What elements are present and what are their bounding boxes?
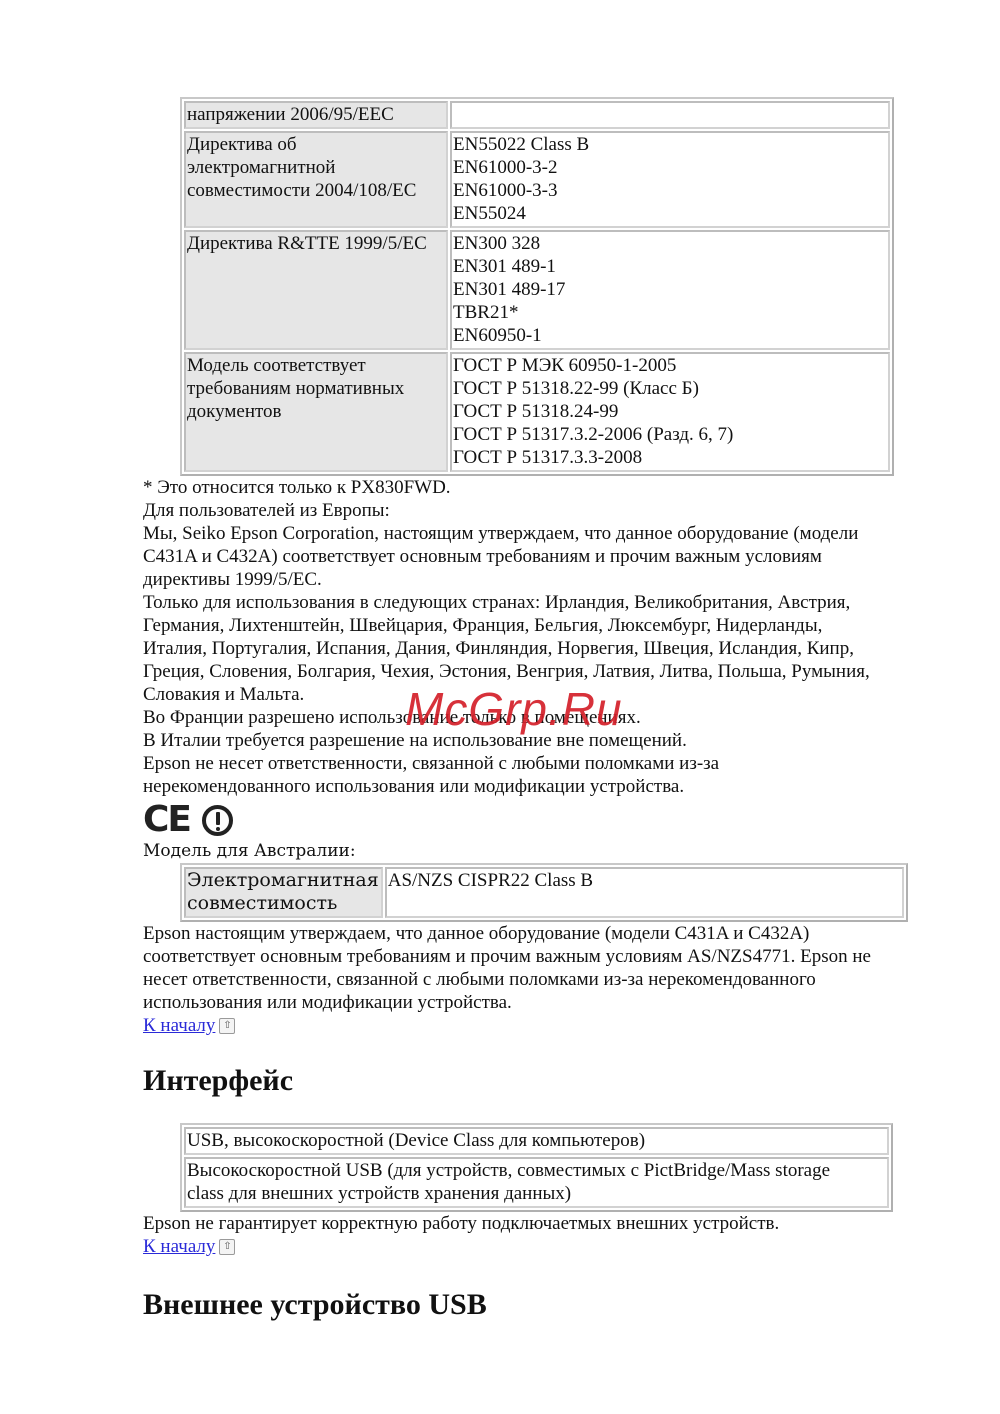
back-to-top-row: К началу⇧ — [143, 1014, 933, 1037]
directive-standards: EN300 328 EN301 489-1 EN301 489-17 TBR21… — [450, 230, 890, 350]
directives-table: напряжении 2006/95/EEC Директива об элек… — [180, 97, 894, 476]
liability-line: нерекомендованного использования или мод… — [143, 775, 933, 798]
footnote: * Это относится только к PX830FWD. — [143, 476, 933, 499]
arrow-up-icon[interactable]: ⇧ — [219, 1239, 235, 1255]
countries-line: Германия, Лихтенштейн, Швейцария, Франци… — [143, 614, 933, 637]
interface-title: Интерфейс — [143, 1064, 933, 1098]
table-row: напряжении 2006/95/EEC — [184, 101, 890, 129]
usb-external-title: Внешнее устройство USB — [143, 1288, 933, 1322]
liability-line: Epson не несет ответственности, связанно… — [143, 752, 933, 775]
australia-declaration-line: использования или модификации устройства… — [143, 991, 933, 1014]
australia-section: Модель для Австралии: Электромагнитная с… — [143, 840, 933, 1037]
table-row: Директива R&TTE 1999/5/EC EN300 328 EN30… — [184, 230, 890, 350]
france-note: Во Франции разрешено использование тольк… — [143, 706, 933, 729]
arrow-up-icon[interactable]: ⇧ — [219, 1018, 235, 1034]
interface-table: USB, высокоскоростной (Device Class для … — [180, 1123, 893, 1212]
directive-label: напряжении 2006/95/EEC — [184, 101, 448, 129]
usb-external-section: Внешнее устройство USB — [143, 1288, 933, 1322]
back-to-top-row: К началу⇧ — [143, 1235, 933, 1258]
countries-line: Словакия и Мальта. — [143, 683, 933, 706]
ce-mark-icon: CE — [143, 802, 190, 838]
countries-line: Только для использования в следующих стр… — [143, 591, 933, 614]
countries-line: Италия, Португалия, Испания, Дания, Финл… — [143, 637, 933, 660]
countries-line: Греция, Словения, Болгария, Чехия, Эстон… — [143, 660, 933, 683]
document-page: напряжении 2006/95/EEC Директива об элек… — [143, 97, 933, 1322]
alert-class2-icon — [202, 805, 233, 836]
table-row: Электромагнитная совместимость AS/NZS CI… — [184, 867, 904, 918]
directive-standards — [450, 101, 890, 129]
australia-declaration-line: Epson настоящим утверждаем, что данное о… — [143, 922, 933, 945]
italy-note: В Италии требуется разрешение на использ… — [143, 729, 933, 752]
interface-note: Epson не гарантирует корректную работу п… — [143, 1212, 933, 1235]
directive-standards: ГОСТ Р МЭК 60950-1-2005 ГОСТ Р 51318.22-… — [450, 352, 890, 472]
australia-heading: Модель для Австралии: — [143, 840, 933, 863]
table-row: Модель соответствует требованиям нормати… — [184, 352, 890, 472]
certification-marks: CE — [143, 800, 933, 840]
back-to-top-link[interactable]: К началу — [143, 1236, 215, 1257]
directive-label: Модель соответствует требованиям нормати… — [184, 352, 448, 472]
interface-item: USB, высокоскоростной (Device Class для … — [184, 1127, 889, 1155]
back-to-top-link[interactable]: К началу — [143, 1015, 215, 1036]
australia-declaration-line: соответствует основным требованиям и про… — [143, 945, 933, 968]
emc-standard: AS/NZS CISPR22 Class B — [385, 867, 904, 918]
europe-declaration-line: C431A и C432A) соответствует основным тр… — [143, 545, 933, 568]
table-row: Директива об электромагнитной совместимо… — [184, 131, 890, 228]
europe-declaration-line: Мы, Seiko Epson Corporation, настоящим у… — [143, 522, 933, 545]
europe-declaration-line: директивы 1999/5/EC. — [143, 568, 933, 591]
europe-heading: Для пользователей из Европы: — [143, 499, 933, 522]
directive-label: Директива об электромагнитной совместимо… — [184, 131, 448, 228]
australia-table: Электромагнитная совместимость AS/NZS CI… — [180, 863, 908, 922]
europe-section: * Это относится только к PX830FWD. Для п… — [143, 476, 933, 840]
directive-standards: EN55022 Class B EN61000-3-2 EN61000-3-3 … — [450, 131, 890, 228]
australia-declaration-line: несет ответственности, связанной с любым… — [143, 968, 933, 991]
table-row: USB, высокоскоростной (Device Class для … — [184, 1127, 889, 1155]
interface-item: Высокоскоростной USB (для устройств, сов… — [184, 1157, 889, 1208]
emc-label: Электромагнитная совместимость — [184, 867, 383, 918]
table-row: Высокоскоростной USB (для устройств, сов… — [184, 1157, 889, 1208]
directive-label: Директива R&TTE 1999/5/EC — [184, 230, 448, 350]
interface-section: Интерфейс USB, высокоскоростной (Device … — [143, 1064, 933, 1258]
